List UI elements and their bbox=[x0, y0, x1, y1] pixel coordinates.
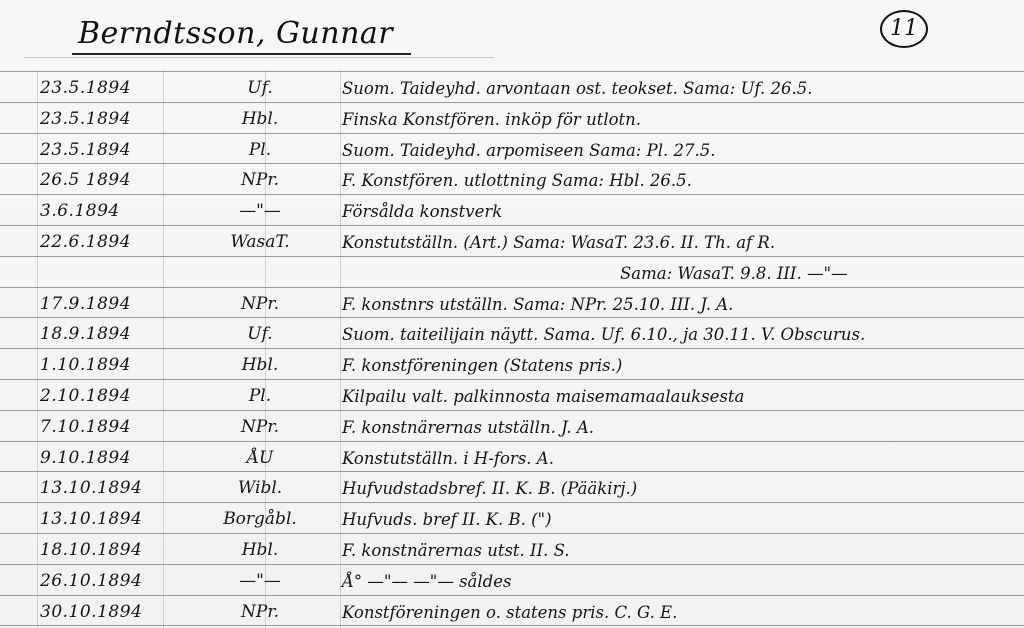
ruled-line bbox=[0, 379, 1024, 380]
entry-source: —"— bbox=[210, 201, 310, 221]
table-row: 26.5 1894NPr.F. Konstfören. utlottning S… bbox=[0, 163, 1024, 193]
ruled-line bbox=[0, 471, 1024, 472]
ruled-line bbox=[0, 225, 1024, 226]
table-row: 23.5.1894Hbl.Finska Konstfören. inköp fö… bbox=[0, 102, 1024, 132]
ruled-line bbox=[0, 287, 1024, 288]
ruled-line bbox=[0, 256, 1024, 257]
header-rule bbox=[24, 57, 494, 58]
ruled-line bbox=[0, 441, 1024, 442]
table-row: 2.10.1894Pl.Kilpailu valt. palkinnosta m… bbox=[0, 379, 1024, 409]
entry-date: 13.10.1894 bbox=[40, 509, 162, 529]
entry-source: ÅU bbox=[210, 448, 310, 468]
ruled-line bbox=[0, 71, 1024, 72]
entry-date: 13.10.1894 bbox=[40, 478, 162, 498]
ruled-line bbox=[0, 317, 1024, 318]
ruled-line bbox=[0, 102, 1024, 103]
table-row: 26.10.1894—"—Å° —"— —"— såldes bbox=[0, 564, 1024, 594]
entry-description: F. Konstfören. utlottning Sama: Hbl. 26.… bbox=[342, 171, 692, 190]
entry-date: 23.5.1894 bbox=[40, 109, 162, 129]
entry-description: Kilpailu valt. palkinnosta maisemamaalau… bbox=[342, 387, 744, 406]
entry-date: 18.9.1894 bbox=[40, 324, 162, 344]
entry-date: 23.5.1894 bbox=[40, 78, 162, 98]
entry-source: Pl. bbox=[210, 140, 310, 160]
entry-date: 22.6.1894 bbox=[40, 232, 162, 252]
entry-date: 26.5 1894 bbox=[40, 170, 162, 190]
table-row: 7.10.1894NPr.F. konstnärernas utställn. … bbox=[0, 410, 1024, 440]
table-row: 18.9.1894Uf.Suom. taiteilijain näytt. Sa… bbox=[0, 317, 1024, 347]
entry-description: Hufvudstadsbref. II. K. B. (Pääkirj.) bbox=[342, 479, 637, 498]
table-row: 17.9.1894NPr.F. konstnrs utställn. Sama:… bbox=[0, 287, 1024, 317]
table-row: 22.6.1894WasaT.Konstutställn. (Art.) Sam… bbox=[0, 225, 1024, 255]
ruled-line bbox=[0, 194, 1024, 195]
entry-source: NPr. bbox=[210, 294, 310, 314]
entry-date: 23.5.1894 bbox=[40, 140, 162, 160]
ruled-line bbox=[0, 533, 1024, 534]
ruled-line bbox=[0, 133, 1024, 134]
table-row: Sama: WasaT. 9.8. III. —"— bbox=[0, 256, 1024, 286]
entry-description: Finska Konstfören. inköp för utlotn. bbox=[342, 110, 641, 129]
table-row: 13.10.1894Borgåbl.Hufvuds. bref II. K. B… bbox=[0, 502, 1024, 532]
index-card: Berndtsson, Gunnar 11 23.5.1894Uf.Suom. … bbox=[0, 0, 1024, 628]
entry-description: Suom. Taideyhd. arvontaan ost. teokset. … bbox=[342, 79, 812, 98]
table-row: 3.6.1894—"—Försålda konstverk bbox=[0, 194, 1024, 224]
ruled-line bbox=[0, 595, 1024, 596]
entry-source: NPr. bbox=[210, 602, 310, 622]
ruled-line bbox=[0, 348, 1024, 349]
entry-source: WasaT. bbox=[210, 232, 310, 252]
entry-date: 18.10.1894 bbox=[40, 540, 162, 560]
entry-description: F. konstföreningen (Statens pris.) bbox=[342, 356, 622, 375]
entry-date: 30.10.1894 bbox=[40, 602, 162, 622]
table-row: 18.10.1894Hbl.F. konstnärernas utst. II.… bbox=[0, 533, 1024, 563]
entry-source: Borgåbl. bbox=[210, 509, 310, 529]
table-row: 23.5.1894Uf.Suom. Taideyhd. arvontaan os… bbox=[0, 71, 1024, 101]
entry-description: Å° —"— —"— såldes bbox=[342, 572, 511, 591]
ruled-line bbox=[0, 410, 1024, 411]
entry-description: Sama: WasaT. 9.8. III. —"— bbox=[620, 264, 848, 283]
entry-date: 7.10.1894 bbox=[40, 417, 162, 437]
entry-source: Uf. bbox=[210, 324, 310, 344]
entry-date: 3.6.1894 bbox=[40, 201, 162, 221]
entry-description: Konstutställn. (Art.) Sama: WasaT. 23.6.… bbox=[342, 233, 775, 252]
table-row: 1.10.1894Hbl.F. konstföreningen (Statens… bbox=[0, 348, 1024, 378]
table-row: 9.10.1894ÅUKonstutställn. i H-fors. A. bbox=[0, 441, 1024, 471]
entry-description: Suom. Taideyhd. arpomiseen Sama: Pl. 27.… bbox=[342, 141, 715, 160]
entry-description: F. konstnärernas utst. II. S. bbox=[342, 541, 570, 560]
table-row: 23.5.1894Pl.Suom. Taideyhd. arpomiseen S… bbox=[0, 133, 1024, 163]
ruled-line bbox=[0, 163, 1024, 164]
card-number-circled: 11 bbox=[880, 10, 928, 48]
entry-description: Hufvuds. bref II. K. B. (") bbox=[342, 510, 552, 529]
card-name: Berndtsson, Gunnar bbox=[72, 16, 411, 55]
entry-description: Konstutställn. i H-fors. A. bbox=[342, 449, 554, 468]
entry-source: Hbl. bbox=[210, 109, 310, 129]
entry-description: F. konstnrs utställn. Sama: NPr. 25.10. … bbox=[342, 295, 733, 314]
entry-description: Suom. taiteilijain näytt. Sama. Uf. 6.10… bbox=[342, 325, 865, 344]
entry-source: Hbl. bbox=[210, 355, 310, 375]
entry-source: NPr. bbox=[210, 170, 310, 190]
entry-date: 26.10.1894 bbox=[40, 571, 162, 591]
ruled-line bbox=[0, 502, 1024, 503]
entry-source: NPr. bbox=[210, 417, 310, 437]
entry-date: 1.10.1894 bbox=[40, 355, 162, 375]
entry-source: —"— bbox=[210, 571, 310, 591]
ruled-line bbox=[0, 625, 1024, 626]
entry-description: Försålda konstverk bbox=[342, 202, 502, 221]
entry-date: 9.10.1894 bbox=[40, 448, 162, 468]
entry-source: Uf. bbox=[210, 78, 310, 98]
table-row: 30.10.1894NPr.Konstföreningen o. statens… bbox=[0, 595, 1024, 625]
entry-date: 2.10.1894 bbox=[40, 386, 162, 406]
entry-description: F. konstnärernas utställn. J. A. bbox=[342, 418, 594, 437]
entry-description: Konstföreningen o. statens pris. C. G. E… bbox=[342, 603, 677, 622]
entry-source: Wibl. bbox=[210, 478, 310, 498]
table-row: 13.10.1894Wibl.Hufvudstadsbref. II. K. B… bbox=[0, 471, 1024, 501]
entry-date: 17.9.1894 bbox=[40, 294, 162, 314]
entry-source: Hbl. bbox=[210, 540, 310, 560]
entry-source: Pl. bbox=[210, 386, 310, 406]
ruled-line bbox=[0, 564, 1024, 565]
